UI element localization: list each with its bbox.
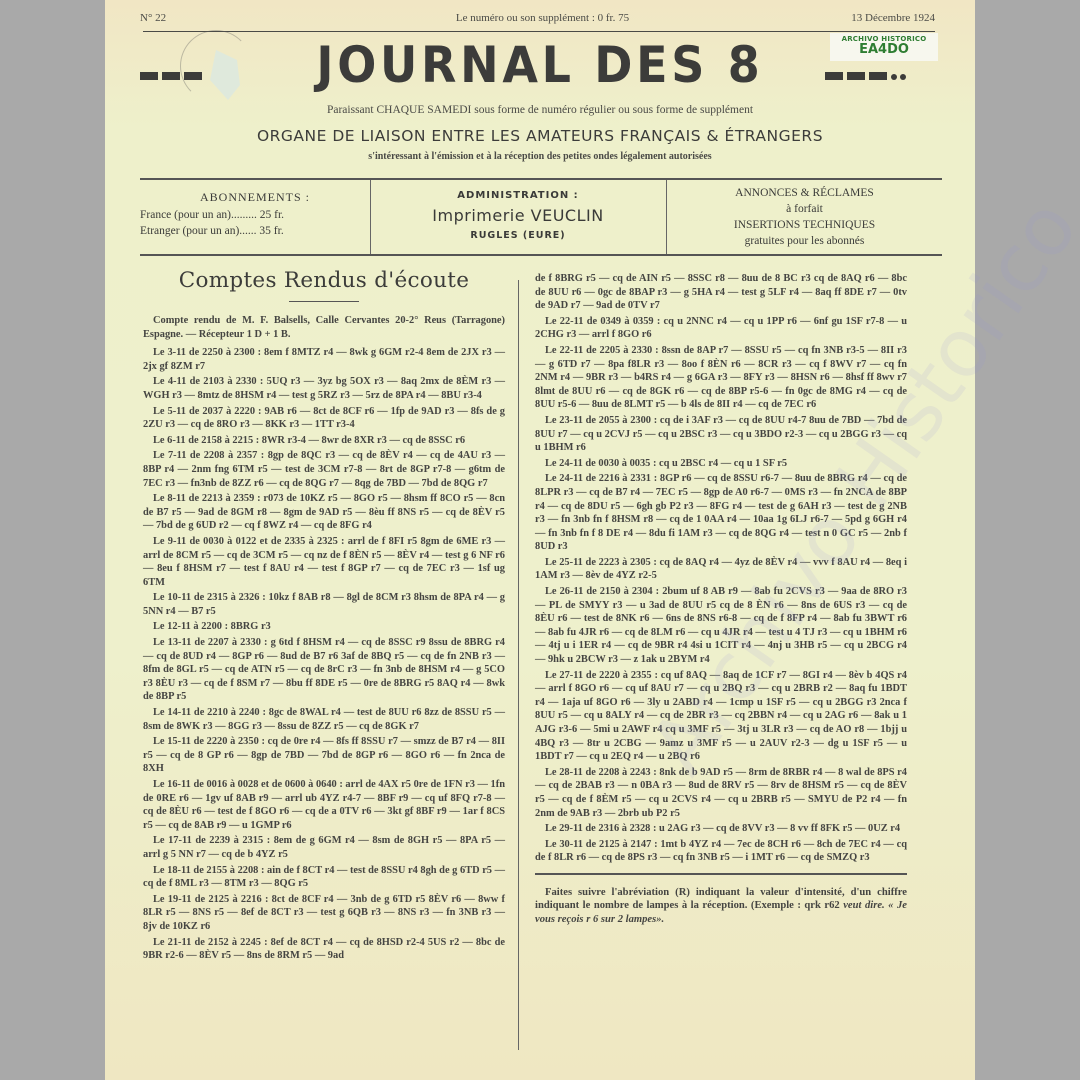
administration-box: ADMINISTRATION : Imprimerie VEUCLIN RUGL… xyxy=(370,180,667,254)
interest-line: s'intéressant à l'émission et à la récep… xyxy=(105,151,975,162)
organ-line: ORGANE DE LIAISON ENTRE LES AMATEURS FRA… xyxy=(105,127,975,145)
ads-line2: à forfait xyxy=(667,201,942,217)
report-intro: Compte rendu de M. F. Balsells, Calle Ce… xyxy=(143,314,505,341)
footnote: Faites suivre l'abréviation (R) indiquan… xyxy=(535,886,907,927)
log-entry: Le 29-11 de 2316 à 2328 : u 2AG r3 — cq … xyxy=(535,822,907,836)
left-column: Comptes Rendus d'écoute Compte rendu de … xyxy=(143,262,505,965)
log-entry: Le 24-11 de 2216 à 2331 : 8GP r6 — cq de… xyxy=(535,472,907,554)
log-entry: de f 8BRG r5 — cq de AIN r5 — 8SSC r8 — … xyxy=(535,272,907,313)
top-rule xyxy=(143,31,935,32)
log-entry: Le 4-11 de 2103 à 2330 : 5UQ r3 — 3yz bg… xyxy=(143,375,505,402)
subscriptions-box: ABONNEMENTS : France (pour un an).......… xyxy=(140,180,371,254)
log-entry: Le 10-11 de 2315 à 2326 : 10kz f 8AB r8 … xyxy=(143,591,505,618)
log-entry: Le 15-11 de 2220 à 2350 : cq de 0re r4 —… xyxy=(143,735,505,776)
left-entries: Le 3-11 de 2250 à 2300 : 8em f 8MTZ r4 —… xyxy=(143,346,505,963)
newspaper-title: JOURNAL DES 8 xyxy=(316,36,763,94)
top-line: N° 22 Le numéro ou son supplément : 0 fr… xyxy=(140,10,945,30)
printer-town: RUGLES (EURE) xyxy=(370,230,666,241)
right-column: de f 8BRG r5 — cq de AIN r5 — 8SSC r8 — … xyxy=(535,272,907,937)
info-box: ABONNEMENTS : France (pour un an).......… xyxy=(140,178,942,256)
log-entry: Le 9-11 de 0030 à 0122 et de 2335 à 2325… xyxy=(143,535,505,589)
log-entry: Le 30-11 de 2125 à 2147 : 1mt b 4YZ r4 —… xyxy=(535,838,907,865)
ads-line4: gratuites pour les abonnés xyxy=(667,233,942,249)
subscriptions-heading: ABONNEMENTS : xyxy=(140,190,370,205)
log-entry: Le 21-11 de 2152 à 2245 : 8ef de 8CT r4 … xyxy=(143,936,505,963)
log-entry: Le 27-11 de 2220 à 2355 : cq uf 8AQ — 8a… xyxy=(535,669,907,764)
log-entry: Le 12-11 à 2200 : 8BRG r3 xyxy=(143,620,505,634)
ornament-dashes-left xyxy=(140,67,206,77)
footnote-rule xyxy=(535,873,907,875)
log-entry: Le 8-11 de 2213 à 2359 : r073 de 10KZ r5… xyxy=(143,492,505,533)
newspaper-page: N° 22 Le numéro ou son supplément : 0 fr… xyxy=(105,0,975,1080)
log-entry: Le 26-11 de 2150 à 2304 : 2bum uf 8 AB r… xyxy=(535,585,907,667)
log-entry: Le 22-11 de 0349 à 0359 : cq u 2NNC r4 —… xyxy=(535,315,907,342)
issue-date: 13 Décembre 1924 xyxy=(851,12,935,24)
issue-price: Le numéro ou son supplément : 0 fr. 75 xyxy=(140,12,945,24)
log-entry: Le 3-11 de 2250 à 2300 : 8em f 8MTZ r4 —… xyxy=(143,346,505,373)
title-rule xyxy=(289,301,359,302)
log-entry: Le 6-11 de 2158 à 2215 : 8WR r3-4 — 8wr … xyxy=(143,434,505,448)
log-entry: Le 7-11 de 2208 à 2357 : 8gp de 8QC r3 —… xyxy=(143,449,505,490)
log-entry: Le 5-11 de 2037 à 2220 : 9AB r6 — 8ct de… xyxy=(143,405,505,432)
log-entry: Le 17-11 de 2239 à 2315 : 8em de g 6GM r… xyxy=(143,834,505,861)
right-entries: de f 8BRG r5 — cq de AIN r5 — 8SSC r8 — … xyxy=(535,272,907,865)
log-entry: Le 23-11 de 2055 à 2300 : cq de i 3AF r3… xyxy=(535,414,907,455)
log-entry: Le 19-11 de 2125 à 2216 : 8ct de 8CF r4 … xyxy=(143,893,505,934)
masthead: JOURNAL DES 8 xyxy=(135,40,945,100)
log-entry: Le 14-11 de 2210 à 2240 : 8gc de 8WAL r4… xyxy=(143,706,505,733)
subscription-abroad: Etranger (pour un an)...... 35 fr. xyxy=(140,225,370,237)
log-entry: Le 22-11 de 2205 à 2330 : 8ssn de 8AP r7… xyxy=(535,344,907,412)
ads-line3: INSERTIONS TECHNIQUES xyxy=(667,217,942,233)
log-entry: Le 18-11 de 2155 à 2208 : ain de f 8CT r… xyxy=(143,864,505,891)
log-entry: Le 16-11 de 0016 à 0028 et de 0600 à 064… xyxy=(143,778,505,832)
log-entry: Le 13-11 de 2207 à 2330 : g 6td f 8HSM r… xyxy=(143,636,505,704)
subscription-france: France (pour un an)......... 25 fr. xyxy=(140,209,370,221)
ornament-dashes-right xyxy=(825,67,909,77)
section-title: Comptes Rendus d'écoute xyxy=(143,268,505,293)
administration-heading: ADMINISTRATION : xyxy=(370,190,666,201)
archive-badge: ARCHIVO HISTORICO EA4DO xyxy=(830,33,938,61)
archive-badge-line2: EA4DO xyxy=(830,43,938,57)
log-entry: Le 25-11 de 2223 à 2305 : cq de 8AQ r4 —… xyxy=(535,556,907,583)
ads-line1: ANNONCES & RÉCLAMES xyxy=(667,185,942,201)
log-entry: Le 24-11 de 0030 à 0035 : cq u 2BSC r4 —… xyxy=(535,457,907,471)
log-entry: Le 28-11 de 2208 à 2243 : 8nk de b 9AD r… xyxy=(535,766,907,820)
publishing-note: Paraissant CHAQUE SAMEDI sous forme de n… xyxy=(105,104,975,116)
printer-name: Imprimerie VEUCLIN xyxy=(370,206,666,225)
column-divider xyxy=(518,280,519,1050)
ads-box: ANNONCES & RÉCLAMES à forfait INSERTIONS… xyxy=(667,180,942,254)
